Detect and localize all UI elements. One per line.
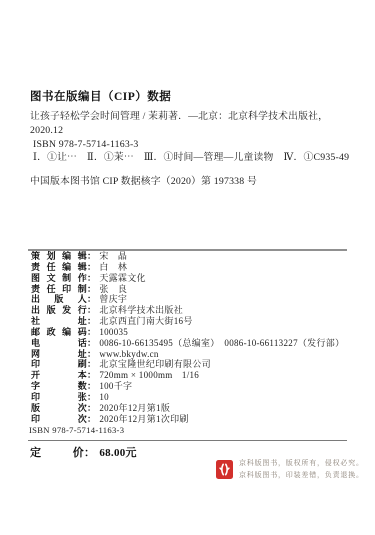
row-colon: ： <box>87 316 96 326</box>
colophon-row: 字数：100千字 <box>31 381 351 392</box>
row-colon: ： <box>87 327 96 337</box>
colophon-row: 出版发行：北京科学技术出版社 <box>31 305 351 316</box>
row-colon: ： <box>87 338 96 348</box>
colophon-row: 邮政编码：100035 <box>31 327 351 338</box>
cip-line: Ⅰ．①让⋯ Ⅱ．①茉⋯ Ⅲ．①时间—管理—儿童读物 Ⅳ．①C935-49 <box>33 151 350 165</box>
price-row: 定价：68.00元 <box>30 444 137 460</box>
row-label: 责任印制 <box>31 284 87 295</box>
colophon-page: 图书在版编目（CIP）数据 让孩子轻松学会时间管理 / 茉莉著．—北京：北京科学… <box>0 0 375 535</box>
publisher-logo-glyph <box>218 462 231 477</box>
row-value: 720mm × 1000mm 1/16 <box>99 370 199 380</box>
colophon-row: 出版人：曾庆宇 <box>31 294 351 305</box>
row-colon: ： <box>87 359 96 369</box>
colophon-row: 社址：北京西直门南大街16号 <box>31 316 351 327</box>
row-value: 宋 晶 <box>99 251 127 261</box>
cip-heading: 图书在版编目（CIP）数据 <box>30 88 171 104</box>
row-label: 开本 <box>31 370 87 381</box>
cip-line: ISBN 978-7-5714-1163-3 <box>33 138 350 152</box>
row-colon: ： <box>87 381 96 391</box>
row-label: 电话 <box>31 338 87 349</box>
row-colon: ： <box>87 392 96 402</box>
row-colon: ： <box>87 403 96 413</box>
colophon-row: 印刷：北京宝隆世纪印刷有限公司 <box>31 359 351 370</box>
row-colon: ： <box>87 414 96 424</box>
row-value: 张 良 <box>99 284 127 294</box>
row-value: 北京科学技术出版社 <box>99 305 183 315</box>
row-label: 印次 <box>31 414 87 425</box>
notice-line: 京科版图书，版权所有，侵权必究。 <box>239 457 364 469</box>
row-value: 2020年12月第1版 <box>99 403 170 413</box>
price-value: 68.00元 <box>99 447 137 459</box>
colophon-row: 印张：10 <box>31 392 351 403</box>
row-value: 100035 <box>99 327 128 337</box>
row-value: 2020年12月第1次印刷 <box>99 414 188 424</box>
row-label: 版次 <box>31 403 87 414</box>
row-value: 曾庆宇 <box>99 294 127 304</box>
row-value: 北京西直门南大街16号 <box>99 316 192 326</box>
row-label: 邮政编码 <box>31 327 87 338</box>
row-label: 网址 <box>31 349 87 360</box>
row-value: 0086-10-66135495（总编室） 0086-10-66113227（发… <box>99 338 344 348</box>
row-colon: ： <box>87 370 96 380</box>
cip-line: 让孩子轻松学会时间管理 / 茉莉著．—北京：北京科学技术出版社，2020.12 <box>30 110 350 138</box>
divider-bottom <box>28 440 347 441</box>
isbn-line: ISBN 978-7-5714-1163-3 <box>29 425 124 435</box>
row-colon: ： <box>87 273 96 283</box>
cip-line: 中国版本图书馆 CIP 数据核字（2020）第 197338 号 <box>30 175 350 189</box>
colophon-row: 图文制作：天露霖文化 <box>31 273 351 284</box>
colophon-row: 版次：2020年12月第1版 <box>31 403 351 414</box>
price-colon: ： <box>84 447 95 459</box>
row-label: 出版发行 <box>31 305 87 316</box>
cip-block: 让孩子轻松学会时间管理 / 茉莉著．—北京：北京科学技术出版社，2020.12I… <box>30 110 350 189</box>
colophon-row: 责任印制：张 良 <box>31 284 351 295</box>
publisher-seal-icon <box>216 460 233 479</box>
colophon-row: 开本：720mm × 1000mm 1/16 <box>31 370 351 381</box>
row-label: 出版人 <box>31 294 87 305</box>
row-value: 白 林 <box>99 262 127 272</box>
row-value: 北京宝隆世纪印刷有限公司 <box>99 359 211 369</box>
price-label: 定价 <box>30 444 84 460</box>
row-colon: ： <box>87 294 96 304</box>
row-label: 印张 <box>31 392 87 403</box>
row-colon: ： <box>87 284 96 294</box>
row-label: 印刷 <box>31 359 87 370</box>
row-colon: ： <box>87 262 96 272</box>
row-colon: ： <box>87 305 96 315</box>
row-label: 字数 <box>31 381 87 392</box>
colophon-row: 网址：www.bkydw.cn <box>31 349 351 360</box>
colophon-row: 责任编辑：白 林 <box>31 262 351 273</box>
row-colon: ： <box>87 251 96 261</box>
row-label: 责任编辑 <box>31 262 87 273</box>
row-value: 天露霖文化 <box>99 273 146 283</box>
colophon-list: 策划编辑：宋 晶责任编辑：白 林图文制作：天露霖文化责任印制：张 良出版人：曾庆… <box>31 251 351 425</box>
row-label: 图文制作 <box>31 273 87 284</box>
row-colon: ： <box>87 349 96 359</box>
notice-block: 京科版图书，版权所有，侵权必究。京科版图书，印装差错，负责退换。 <box>239 457 364 482</box>
colophon-row: 策划编辑：宋 晶 <box>31 251 351 262</box>
row-value: 10 <box>99 392 109 402</box>
row-label: 策划编辑 <box>31 251 87 262</box>
colophon-row: 印次：2020年12月第1次印刷 <box>31 414 351 425</box>
colophon-row: 电话：0086-10-66135495（总编室） 0086-10-6611322… <box>31 338 351 349</box>
row-value: www.bkydw.cn <box>99 349 158 359</box>
row-value: 100千字 <box>99 381 132 391</box>
row-label: 社址 <box>31 316 87 327</box>
notice-line: 京科版图书，印装差错，负责退换。 <box>239 469 364 481</box>
